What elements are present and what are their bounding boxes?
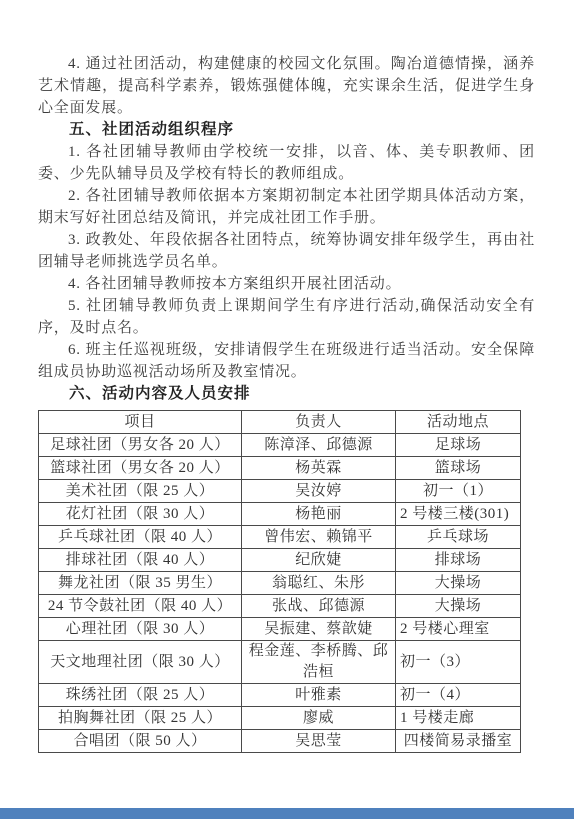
table-row: 美术社团（限 25 人） 吴汝婷 初一（1） (39, 480, 521, 503)
location-cell: 初一（3） (396, 641, 521, 684)
project-cell: 足球社团（男女各 20 人） (39, 434, 242, 457)
project-cell: 拍胸舞社团（限 25 人） (39, 707, 242, 730)
leader-cell: 张战、邱德源 (242, 595, 396, 618)
leader-cell: 杨英霖 (242, 457, 396, 480)
paragraph-5-2: 2. 各社团辅导教师依据本方案期初制定本社团学期具体活动方案，期末写好社团总结及… (38, 185, 535, 229)
location-cell: 大操场 (396, 572, 521, 595)
header-cell-project: 项目 (39, 411, 242, 434)
leader-cell: 吴思莹 (242, 730, 396, 753)
table-row: 珠绣社团（限 25 人） 叶雅素 初一（4） (39, 684, 521, 707)
document-content: 4. 通过社团活动，构建健康的校园文化氛围。陶冶道德情操，涵养艺术情趣，提高科学… (38, 53, 535, 753)
location-cell: 乒乓球场 (396, 526, 521, 549)
location-cell: 初一（4） (396, 684, 521, 707)
header-cell-location: 活动地点 (396, 411, 521, 434)
table-row: 天文地理社团（限 30 人） 程金莲、李桥腾、邱浩桓 初一（3） (39, 641, 521, 684)
paragraph-4: 4. 通过社团活动，构建健康的校园文化氛围。陶冶道德情操，涵养艺术情趣，提高科学… (38, 53, 535, 119)
activities-table: 项目 负责人 活动地点 足球社团（男女各 20 人） 陈漳泽、邱德源 足球场 篮… (38, 410, 521, 753)
table-row: 拍胸舞社团（限 25 人） 廖威 1 号楼走廊 (39, 707, 521, 730)
leader-cell: 曾伟宏、赖锦平 (242, 526, 396, 549)
document-page: 4. 通过社团活动，构建健康的校园文化氛围。陶冶道德情操，涵养艺术情趣，提高科学… (0, 0, 574, 819)
table-row: 乒乓球社团（限 40 人） 曾伟宏、赖锦平 乒乓球场 (39, 526, 521, 549)
table-row: 舞龙社团（限 35 男生） 翁聪红、朱彤 大操场 (39, 572, 521, 595)
project-cell: 合唱团（限 50 人） (39, 730, 242, 753)
location-cell: 篮球场 (396, 457, 521, 480)
location-cell: 2 号楼心理室 (396, 618, 521, 641)
location-cell: 四楼简易录播室 (396, 730, 521, 753)
location-cell: 初一（1） (396, 480, 521, 503)
header-cell-leader: 负责人 (242, 411, 396, 434)
table-row: 排球社团（限 40 人） 纪欣婕 排球场 (39, 549, 521, 572)
location-cell: 1 号楼走廊 (396, 707, 521, 730)
leader-cell: 纪欣婕 (242, 549, 396, 572)
paragraph-5-5: 5. 社团辅导教师负责上课期间学生有序进行活动,确保活动安全有序，及时点名。 (38, 295, 535, 339)
table-row: 合唱团（限 50 人） 吴思莹 四楼简易录播室 (39, 730, 521, 753)
leader-cell: 陈漳泽、邱德源 (242, 434, 396, 457)
table-row: 篮球社团（男女各 20 人） 杨英霖 篮球场 (39, 457, 521, 480)
project-cell: 舞龙社团（限 35 男生） (39, 572, 242, 595)
table-row: 24 节令鼓社团（限 40 人） 张战、邱德源 大操场 (39, 595, 521, 618)
location-cell: 2 号楼三楼(301) (396, 503, 521, 526)
leader-cell: 廖威 (242, 707, 396, 730)
table-row: 心理社团（限 30 人） 吴振建、蔡歆婕 2 号楼心理室 (39, 618, 521, 641)
paragraph-5-3: 3. 政教处、年段依据各社团特点，统筹协调安排年级学生，再由社团辅导老师挑选学员… (38, 229, 535, 273)
project-cell: 心理社团（限 30 人） (39, 618, 242, 641)
project-cell: 花灯社团（限 30 人） (39, 503, 242, 526)
section-heading-6: 六、活动内容及人员安排 (38, 383, 535, 405)
location-cell: 排球场 (396, 549, 521, 572)
project-cell: 篮球社团（男女各 20 人） (39, 457, 242, 480)
location-cell: 大操场 (396, 595, 521, 618)
leader-cell: 程金莲、李桥腾、邱浩桓 (242, 641, 396, 684)
leader-cell: 吴振建、蔡歆婕 (242, 618, 396, 641)
leader-cell: 吴汝婷 (242, 480, 396, 503)
project-cell: 乒乓球社团（限 40 人） (39, 526, 242, 549)
location-cell: 足球场 (396, 434, 521, 457)
bottom-toolbar-strip (0, 808, 574, 819)
section-heading-5: 五、社团活动组织程序 (38, 119, 535, 141)
table-row: 足球社团（男女各 20 人） 陈漳泽、邱德源 足球场 (39, 434, 521, 457)
paragraph-5-6: 6. 班主任巡视班级，安排请假学生在班级进行适当活动。安全保障组成员协助巡视活动… (38, 339, 535, 383)
leader-cell: 杨艳丽 (242, 503, 396, 526)
paragraph-5-4: 4. 各社团辅导教师按本方案组织开展社团活动。 (38, 273, 535, 295)
project-cell: 排球社团（限 40 人） (39, 549, 242, 572)
table-row: 花灯社团（限 30 人） 杨艳丽 2 号楼三楼(301) (39, 503, 521, 526)
project-cell: 珠绣社团（限 25 人） (39, 684, 242, 707)
project-cell: 美术社团（限 25 人） (39, 480, 242, 503)
leader-cell: 翁聪红、朱彤 (242, 572, 396, 595)
project-cell: 天文地理社团（限 30 人） (39, 641, 242, 684)
paragraph-5-1: 1. 各社团辅导教师由学校统一安排，以音、体、美专职教师、团委、少先队辅导员及学… (38, 141, 535, 185)
table-header-row: 项目 负责人 活动地点 (39, 411, 521, 434)
leader-cell: 叶雅素 (242, 684, 396, 707)
project-cell: 24 节令鼓社团（限 40 人） (39, 595, 242, 618)
